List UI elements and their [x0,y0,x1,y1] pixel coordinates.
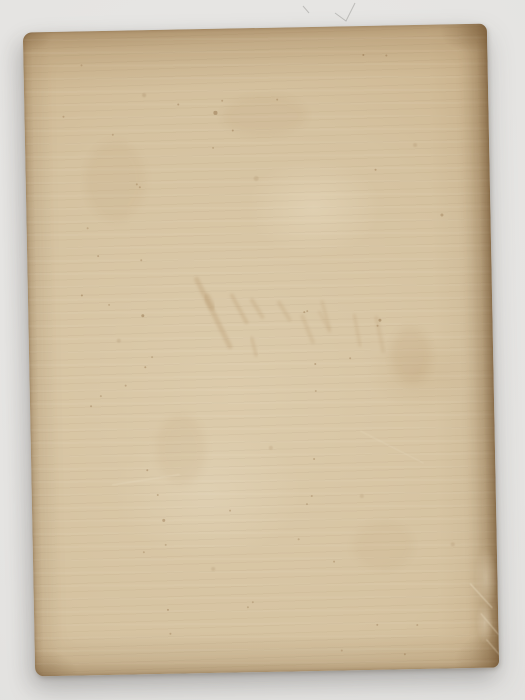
dust-hair [303,6,309,13]
foxing-spot [359,494,364,499]
foxing-spot [169,633,171,635]
foxing-spot [440,213,443,216]
foxing-spot [87,227,89,229]
foxing-spot [165,544,167,546]
foxing-spot [252,601,254,603]
foxing-spot [341,649,343,651]
foxing-spot [276,99,278,101]
foxing-spot [151,356,153,358]
foxing-spots-layer [23,24,499,677]
foxing-spot [167,608,170,611]
foxing-spot [139,186,141,188]
foxing-spot [231,129,234,132]
foxing-spot [141,314,144,317]
foxing-spot [314,363,317,366]
foxing-spot [315,390,317,392]
foxing-spot [306,503,308,505]
foxing-spot [413,143,417,147]
paper-booklet [23,24,499,677]
foxing-spot [90,405,92,407]
foxing-spot [229,509,232,512]
foxing-spot [144,366,147,369]
foxing-spot [80,64,82,66]
foxing-spot [100,395,102,397]
foxing-spot [116,338,121,343]
foxing-spot [80,294,83,297]
foxing-spot [97,255,100,258]
photo-canvas [0,0,525,700]
foxing-spot [404,653,407,656]
foxing-spot [416,624,418,626]
foxing-spot [349,357,351,359]
foxing-spot [313,458,315,460]
foxing-spot [306,310,308,312]
foxing-spot [303,311,305,313]
foxing-spot [253,176,258,181]
foxing-spot [142,93,146,97]
foxing-spot [362,54,364,56]
foxing-spot [376,325,378,327]
foxing-spot [62,116,64,118]
foxing-spot [177,103,180,106]
foxing-spot [269,446,273,450]
foxing-spot [162,518,165,521]
foxing-spot [311,495,313,497]
foxing-spot [136,183,138,185]
foxing-spot [108,304,110,306]
foxing-spot [376,623,379,626]
foxing-spot [146,469,149,472]
foxing-spot [247,606,249,608]
foxing-spot [157,494,159,496]
foxing-spot [385,55,387,57]
foxing-spot [140,259,142,261]
foxing-spot [124,384,126,386]
foxing-spot [333,560,336,563]
foxing-spot [211,567,215,571]
foxing-spot [112,134,114,136]
foxing-spot [298,538,300,540]
foxing-spot [378,318,381,321]
foxing-spot [212,147,214,149]
foxing-spot [374,168,377,171]
dust-hair [335,3,355,21]
foxing-spot [221,100,223,102]
foxing-spot [214,111,217,114]
foxing-spot [143,551,145,553]
foxing-spot [451,542,455,546]
